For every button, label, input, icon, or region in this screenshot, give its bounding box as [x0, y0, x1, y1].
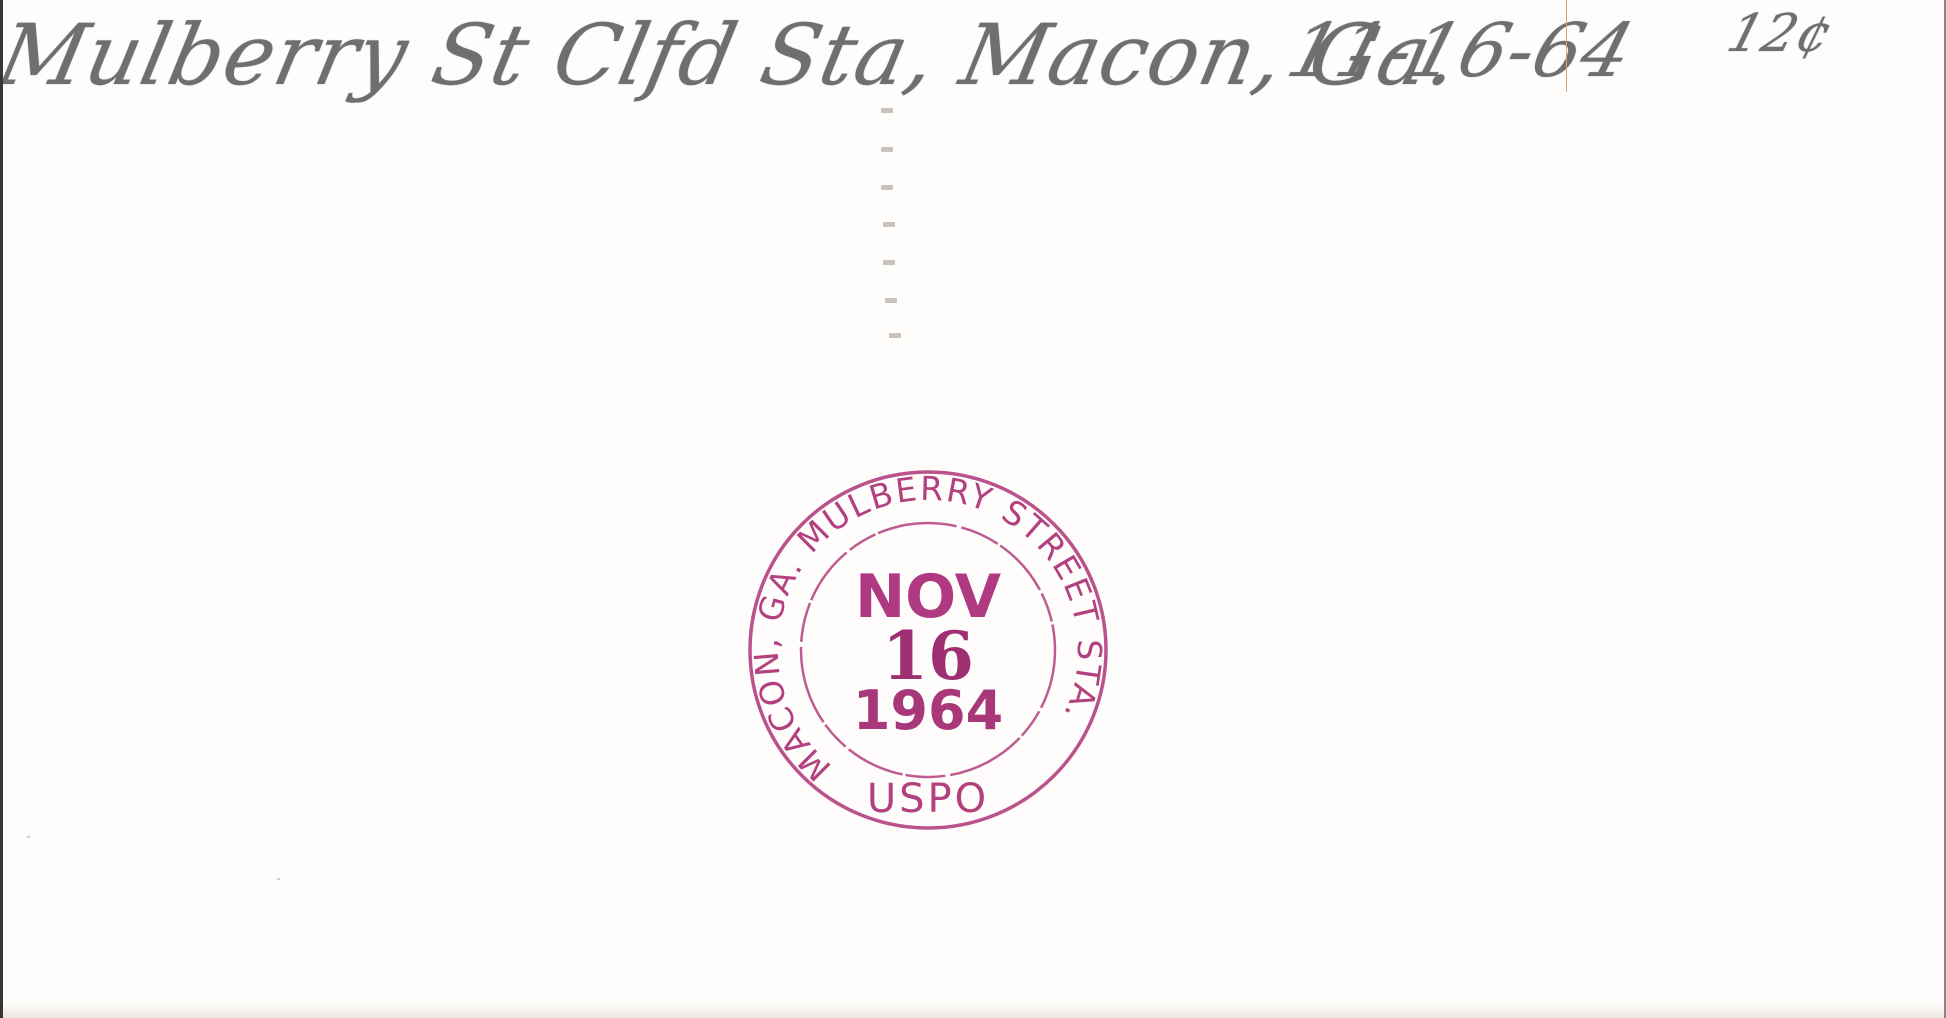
guide-line — [1566, 0, 1567, 92]
perforation-mark — [889, 333, 901, 338]
paper-speck — [27, 836, 30, 838]
handwritten-date: 11-16-64 — [1278, 8, 1643, 94]
handwritten-rate: 12¢ — [1721, 4, 1840, 64]
postmark-year: 1964 — [853, 679, 1003, 742]
postmark-stamp: MACON, GA. MULBERRY STREET STA. NOV 16 1… — [745, 467, 1111, 833]
perforation-mark — [881, 108, 893, 113]
perforation-mark — [885, 298, 897, 303]
paper-speck — [277, 878, 280, 880]
handwritten-location: Mulberry St Clfd Sta, Macon, Ga. — [0, 6, 1469, 104]
postmark-bottom-text: USPO — [867, 776, 989, 822]
perforation-mark — [883, 222, 895, 227]
postmark-svg: MACON, GA. MULBERRY STREET STA. NOV 16 1… — [745, 467, 1111, 833]
perforation-mark — [881, 185, 893, 190]
perforation-mark — [883, 260, 895, 265]
postal-card: Mulberry St Clfd Sta, Macon, Ga. 11-16-6… — [0, 0, 1946, 1018]
paper-speck — [1170, 76, 1173, 78]
perforation-mark — [881, 147, 893, 152]
